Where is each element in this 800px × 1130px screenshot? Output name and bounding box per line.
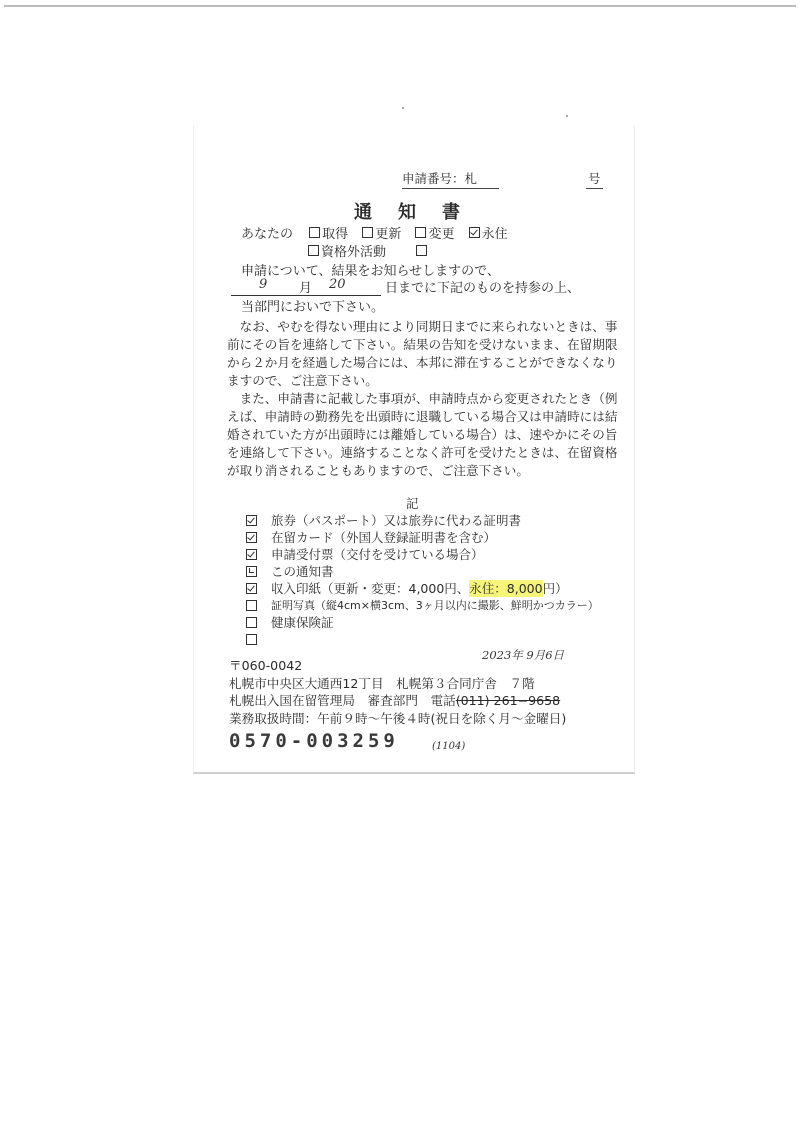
scan-edge-line	[4, 5, 796, 7]
ki-heading: 記	[406, 494, 419, 512]
checkbox-icon[interactable]	[416, 245, 427, 256]
checkbox-checked-icon[interactable]	[469, 227, 480, 238]
status-prefix: あなたの	[241, 227, 293, 242]
list-item	[246, 631, 599, 648]
scan-speck	[566, 115, 568, 117]
notification-card: 申請番号：札 号 通知書 あなたの 取得 更新 変更 永住 資格外活動 申請につ…	[193, 125, 635, 774]
list-item: 健康保険証	[246, 614, 599, 631]
office-contact: 札幌出入国在留管理局 審査部門 電話(011) 261−9658	[229, 692, 566, 710]
option-other[interactable]	[416, 245, 429, 260]
application-number-field: 申請番号：札	[402, 169, 499, 189]
intro-line-3: 当部門においで下さい。	[241, 296, 384, 315]
due-date-line: 9 月 20 日までに下記のものを持参の上、	[231, 277, 580, 296]
checkbox-icon[interactable]	[415, 227, 426, 238]
checkbox-icon[interactable]	[246, 617, 257, 628]
application-type-row-1: あなたの 取得 更新 変更 永住	[241, 223, 518, 242]
notice-paragraph-1: なお、やむを得ない理由により同期日までに来られないときは、事前にその旨を連絡して…	[227, 318, 622, 390]
option-shikakugai[interactable]: 資格外活動	[308, 245, 386, 260]
checkbox-icon[interactable]	[309, 227, 320, 238]
list-item: 収入印紙（更新・変更：4,000円、永住：8,000円）	[246, 580, 599, 597]
option-eijuu[interactable]: 永住	[469, 227, 508, 242]
checkbox-partial-icon[interactable]	[246, 566, 257, 577]
checkbox-checked-icon[interactable]	[246, 549, 257, 560]
checkbox-checked-icon[interactable]	[246, 515, 257, 526]
checkbox-checked-icon[interactable]	[246, 532, 257, 543]
application-type-row-2: 資格外活動	[308, 241, 439, 260]
checkbox-icon[interactable]	[246, 634, 257, 645]
option-shutoku[interactable]: 取得	[309, 227, 348, 242]
stamped-phone-number: 0570-003259	[229, 730, 399, 752]
due-date-field: 9 月 20	[231, 278, 381, 296]
due-date-suffix: 日までに下記のものを持参の上、	[385, 281, 580, 296]
list-item: この通知書	[246, 563, 599, 580]
handwritten-extension-note: (1104)	[432, 741, 465, 752]
highlighted-fee: 永住：8,000	[469, 580, 542, 597]
document-title: 通知書	[354, 198, 486, 224]
checkbox-checked-icon[interactable]	[246, 583, 257, 594]
checkbox-icon[interactable]	[246, 600, 257, 611]
option-henkou[interactable]: 変更	[415, 227, 454, 242]
postal-code: 〒060-0042	[229, 657, 566, 675]
list-item: 申請受付票（交付を受けている場合）	[246, 546, 599, 563]
office-address: 札幌市中央区大通西12丁目 札幌第３合同庁舎 ７階	[229, 675, 566, 693]
list-item: 旅券（パスポート）又は旅券に代わる証明書	[246, 512, 599, 529]
application-number-suffix: 号	[586, 169, 603, 189]
list-item: 在留カード（外国人登録証明書を含む）	[246, 529, 599, 546]
checkbox-icon[interactable]	[362, 227, 373, 238]
due-day: 20	[329, 277, 346, 292]
checkbox-icon[interactable]	[308, 245, 319, 256]
office-info: 〒060-0042 札幌市中央区大通西12丁目 札幌第３合同庁舎 ７階 札幌出入…	[229, 657, 566, 727]
notice-paragraph-2: また、申請書に記載した事項が、申請時点から変更されたとき（例えば、申請時の勤務先…	[227, 390, 622, 480]
scan-speck	[402, 107, 404, 109]
list-item: 証明写真（縦4cm×横3cm、3ヶ月以内に撮影、鮮明かつカラー）	[246, 597, 599, 614]
due-month: 9	[259, 277, 267, 292]
business-hours: 業務取扱時間：午前９時〜午後４時(祝日を除く月〜金曜日)	[229, 710, 566, 728]
required-items-list: 旅券（パスポート）又は旅券に代わる証明書 在留カード（外国人登録証明書を含む） …	[246, 512, 599, 648]
month-label: 月	[299, 277, 312, 296]
option-koushin[interactable]: 更新	[362, 227, 401, 242]
old-phone-struck: (011) 261−9658	[456, 693, 561, 708]
